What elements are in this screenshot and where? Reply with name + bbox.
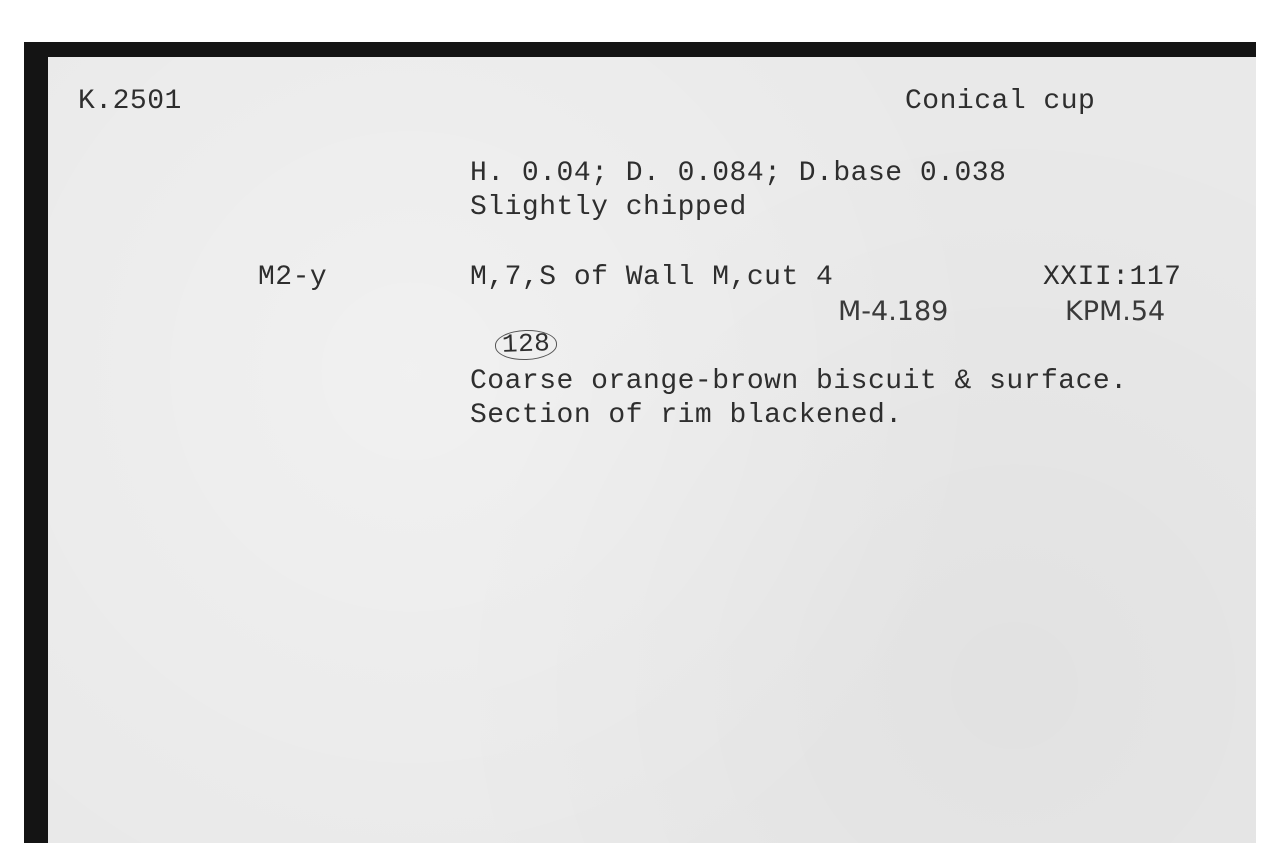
field-number: M-4.189 [838, 296, 948, 328]
circled-number-wrapper: 128 [460, 297, 557, 361]
condition: Slightly chipped [470, 192, 747, 224]
publication-reference: KPM.54 [1065, 296, 1165, 328]
locus-code: M2-y [258, 262, 327, 294]
description-line-2: Section of rim blackened. [470, 400, 903, 432]
object-type: Conical cup [905, 86, 1095, 118]
plate-reference: XXII:117 [1043, 262, 1181, 294]
circled-number: 128 [494, 329, 557, 361]
findspot-context: M,7,S of Wall M,cut 4 [470, 262, 833, 294]
catalog-number: K.2501 [78, 86, 182, 118]
dimensions: H. 0.04; D. 0.084; D.base 0.038 [470, 158, 1006, 190]
description-line-1: Coarse orange-brown biscuit & surface. [470, 366, 1128, 398]
